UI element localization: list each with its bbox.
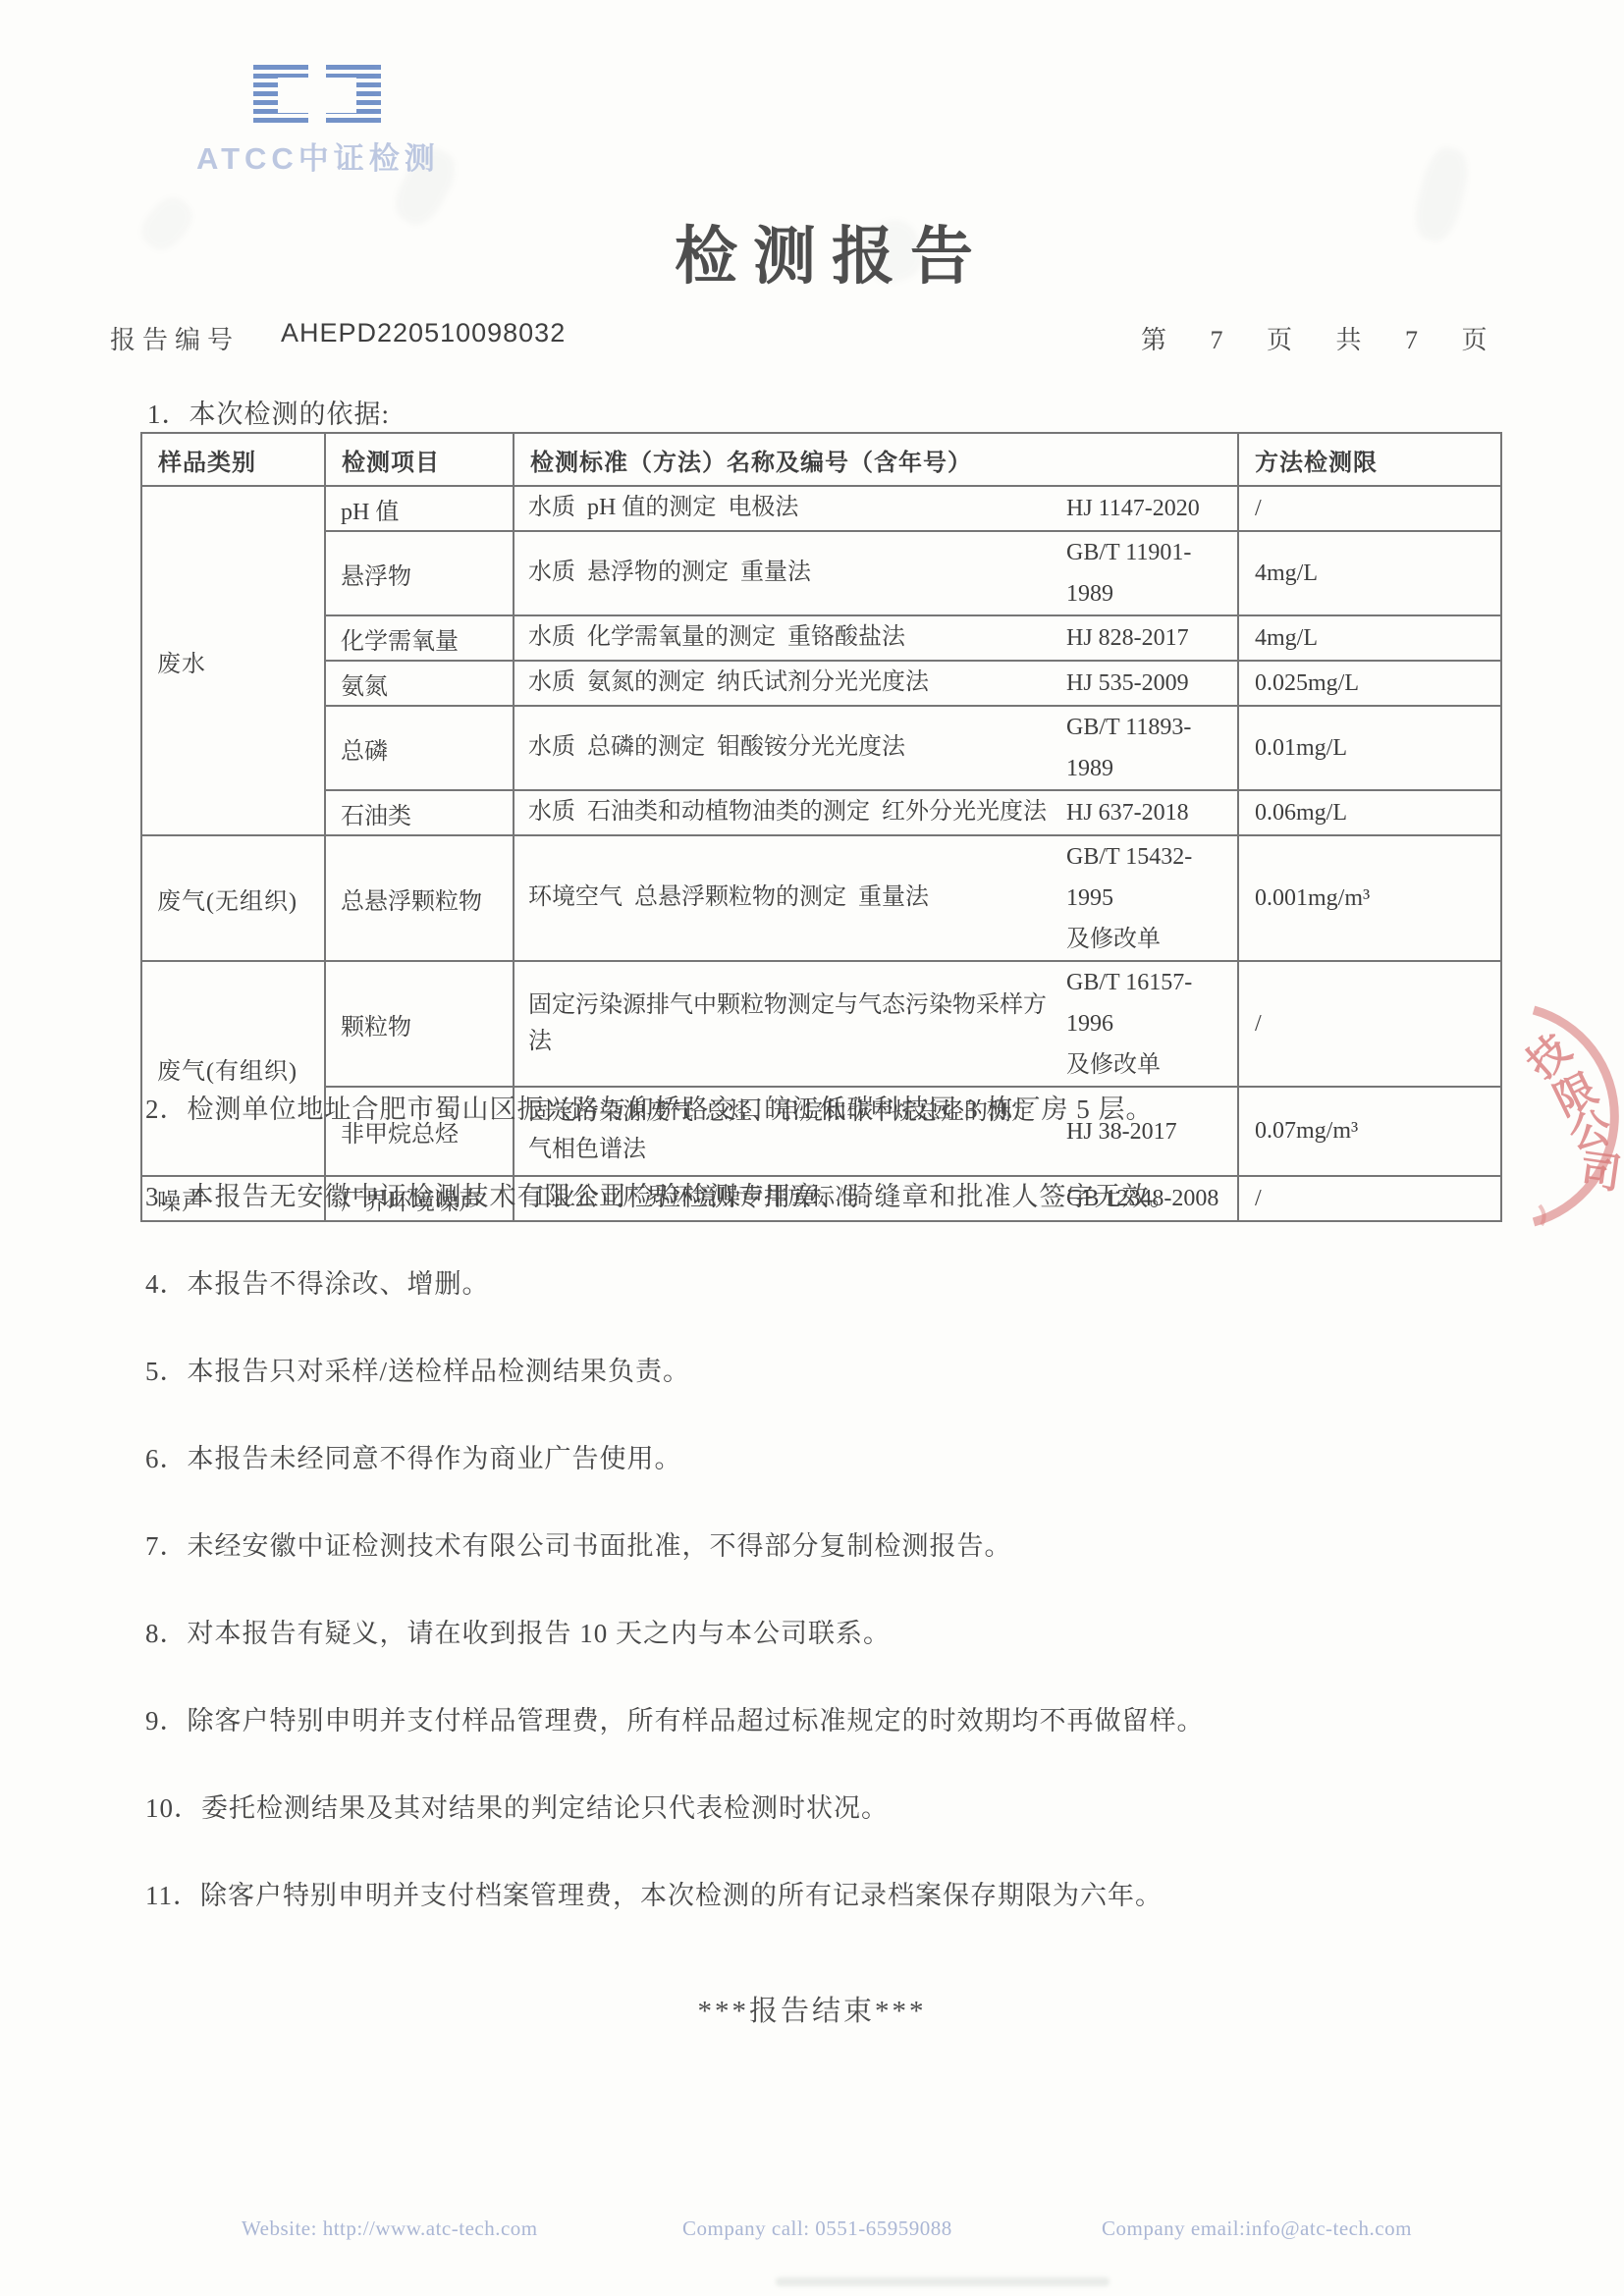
note-item: 4．本报告不得涂改、增删。 <box>145 1266 1540 1303</box>
cell-detection-limit: 0.001mg/m³ <box>1238 835 1501 961</box>
standard-method-name: 环境空气 总悬浮颗粒物的测定 重量法 <box>514 880 1066 916</box>
footer-email: Company email:info@atc-tech.com <box>1102 2216 1412 2241</box>
standard-code: HJ 535-2009 <box>1066 663 1237 704</box>
page-number-info: 第 7 页 共 7 页 <box>1141 320 1489 356</box>
cell-detection-limit: 0.06mg/L <box>1238 790 1501 835</box>
col-header-test-item: 检测项目 <box>325 433 514 486</box>
table-row: 石油类水质 石油类和动植物油类的测定 红外分光光度法HJ 637-20180.0… <box>141 790 1501 835</box>
logo-text: ATCC中证检测 <box>196 133 440 178</box>
seal-char: 限 <box>1547 1066 1604 1125</box>
standard-code: GB/T 15432-1995及修改单 <box>1066 836 1237 960</box>
cell-standard: 环境空气 总悬浮颗粒物的测定 重量法GB/T 15432-1995及修改单 <box>514 835 1238 961</box>
page-title: 检测报告 <box>0 206 1624 296</box>
cell-test-item: 总悬浮颗粒物 <box>325 835 514 961</box>
cell-test-item: 氨氮 <box>325 661 514 706</box>
seal-char: 技 <box>1519 1026 1581 1088</box>
standard-code: GB/T 16157-1996及修改单 <box>1066 962 1237 1086</box>
col-header-detection-limit: 方法检测限 <box>1238 433 1501 486</box>
seal-mark <box>1540 1205 1544 1225</box>
table-header-row: 样品类别 检测项目 检测标准（方法）名称及编号（含年号） 方法检测限 <box>141 433 1501 486</box>
cell-standard: 水质 化学需氧量的测定 重铬酸盐法HJ 828-2017 <box>514 615 1238 661</box>
col-header-sample-type: 样品类别 <box>141 433 325 486</box>
footer-phone: Company call: 0551-65959088 <box>682 2216 952 2241</box>
cell-sample-type: 废水 <box>141 486 325 835</box>
report-no-label: 报告编号 <box>110 320 240 356</box>
cell-test-item: 化学需氧量 <box>325 615 514 661</box>
cell-detection-limit: 0.01mg/L <box>1238 706 1501 790</box>
cell-test-item: 总磷 <box>325 706 514 790</box>
seal-char: 公 <box>1566 1106 1614 1158</box>
cell-test-item: 石油类 <box>325 790 514 835</box>
cell-standard: 水质 氨氮的测定 纳氏试剂分光光度法HJ 535-2009 <box>514 661 1238 706</box>
cell-test-item: 颗粒物 <box>325 961 514 1087</box>
end-of-report-text: ***报告结束*** <box>0 1989 1624 2029</box>
cell-standard: 水质 总磷的测定 钼酸铵分光光度法GB/T 11893-1989 <box>514 706 1238 790</box>
standard-method-name: 水质 pH 值的测定 电极法 <box>514 490 1066 526</box>
cell-standard: 水质 pH 值的测定 电极法HJ 1147-2020 <box>514 486 1238 531</box>
table-row: 废气(有组织)颗粒物固定污染源排气中颗粒物测定与气态污染物采样方法GB/T 16… <box>141 961 1501 1087</box>
footer-website: Website: http://www.atc-tech.com <box>242 2216 538 2241</box>
standard-method-name: 水质 化学需氧量的测定 重铬酸盐法 <box>514 619 1066 656</box>
standard-method-name: 固定污染源排气中颗粒物测定与气态污染物采样方法 <box>514 988 1066 1060</box>
standard-method-name: 水质 总磷的测定 钼酸铵分光光度法 <box>514 729 1066 766</box>
cell-detection-limit: 4mg/L <box>1238 615 1501 661</box>
notes-list: 2．检测单位地址合肥市蜀山区振兴路与仰桥路交口皖江低碳科技园 3 栋厂房 5 层… <box>145 1092 1540 1965</box>
basis-heading: 1．本次检测的依据: <box>147 393 390 431</box>
report-page: ATCC中证检测 检测报告 报告编号 AHEPD220510098032 第 7… <box>0 0 1624 2296</box>
cell-detection-limit: 4mg/L <box>1238 531 1501 615</box>
standard-method-name: 水质 氨氮的测定 纳氏试剂分光光度法 <box>514 665 1066 701</box>
table-row: 氨氮水质 氨氮的测定 纳氏试剂分光光度法HJ 535-20090.025mg/L <box>141 661 1501 706</box>
cell-standard: 固定污染源排气中颗粒物测定与气态污染物采样方法GB/T 16157-1996及修… <box>514 961 1238 1087</box>
note-item: 6．本报告未经同意不得作为商业广告使用。 <box>145 1441 1540 1477</box>
standard-code: GB/T 11901-1989 <box>1066 532 1237 614</box>
logo-brackets-icon <box>253 65 381 128</box>
col-header-standard: 检测标准（方法）名称及编号（含年号） <box>514 433 1238 486</box>
cell-sample-type: 废气(无组织) <box>141 835 325 961</box>
standard-code: GB/T 11893-1989 <box>1066 707 1237 789</box>
standard-method-name: 水质 石油类和动植物油类的测定 红外分光光度法 <box>514 794 1066 830</box>
report-no-value: AHEPD220510098032 <box>281 318 566 348</box>
cell-test-item: pH 值 <box>325 486 514 531</box>
logo-left-bracket-icon <box>253 65 308 126</box>
note-item: 10．委托检测结果及其对结果的判定结论只代表检测时状况。 <box>145 1790 1540 1827</box>
note-item: 9．除客户特别申明并支付样品管理费，所有样品超过标准规定的时效期均不再做留样。 <box>145 1703 1540 1739</box>
note-item: 3．本报告无安徽中证检测技术有限公司检验检测专用章、骑缝章和批准人签字无效。 <box>145 1179 1540 1215</box>
cell-standard: 水质 悬浮物的测定 重量法GB/T 11901-1989 <box>514 531 1238 615</box>
standard-code: HJ 1147-2020 <box>1066 488 1237 529</box>
note-item: 5．本报告只对采样/送检样品检测结果负责。 <box>145 1354 1540 1390</box>
table-row: 悬浮物水质 悬浮物的测定 重量法GB/T 11901-19894mg/L <box>141 531 1501 615</box>
standard-code: HJ 828-2017 <box>1066 617 1237 659</box>
standard-method-name: 水质 悬浮物的测定 重量法 <box>514 555 1066 591</box>
note-item: 11．除客户特别申明并支付档案管理费，本次检测的所有记录档案保存期限为六年。 <box>145 1878 1540 1914</box>
seal-arc <box>1534 1010 1614 1222</box>
scan-smudge <box>776 2277 1110 2286</box>
cell-test-item: 悬浮物 <box>325 531 514 615</box>
table-row: 废气(无组织)总悬浮颗粒物环境空气 总悬浮颗粒物的测定 重量法GB/T 1543… <box>141 835 1501 961</box>
table-row: 废水pH 值水质 pH 值的测定 电极法HJ 1147-2020/ <box>141 486 1501 531</box>
logo-right-bracket-icon <box>326 65 381 126</box>
seal-char: 司 <box>1577 1148 1624 1198</box>
standard-code: HJ 637-2018 <box>1066 792 1237 833</box>
note-item: 8．对本报告有疑义，请在收到报告 10 天之内与本公司联系。 <box>145 1616 1540 1652</box>
cell-detection-limit: / <box>1238 486 1501 531</box>
table-row: 总磷水质 总磷的测定 钼酸铵分光光度法GB/T 11893-19890.01mg… <box>141 706 1501 790</box>
cell-detection-limit: 0.025mg/L <box>1238 661 1501 706</box>
note-item: 7．未经安徽中证检测技术有限公司书面批准，不得部分复制检测报告。 <box>145 1528 1540 1565</box>
cell-detection-limit: / <box>1238 961 1501 1087</box>
cell-standard: 水质 石油类和动植物油类的测定 红外分光光度法HJ 637-2018 <box>514 790 1238 835</box>
note-item: 2．检测单位地址合肥市蜀山区振兴路与仰桥路交口皖江低碳科技园 3 栋厂房 5 层… <box>145 1092 1540 1128</box>
table-row: 化学需氧量水质 化学需氧量的测定 重铬酸盐法HJ 828-20174mg/L <box>141 615 1501 661</box>
